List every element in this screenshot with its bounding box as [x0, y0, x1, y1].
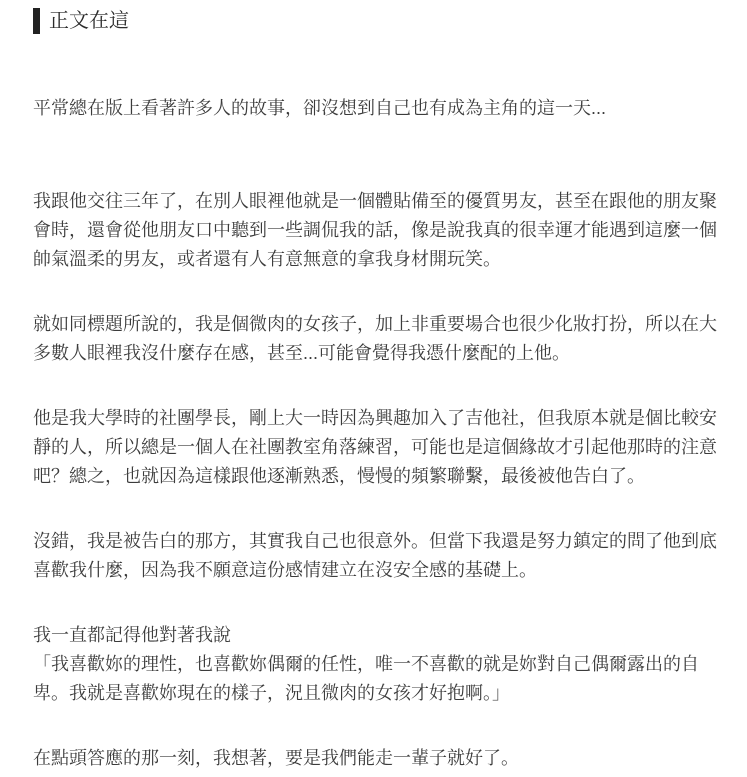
post-paragraph: 他是我大學時的社團學長，剛上大一時因為興趣加入了吉他社，但我原本就是個比較安靜的…: [33, 404, 717, 491]
post-body: 正文在這 平常總在版上看著許多人的故事，卻沒想到自己也有成為主角的這一天... …: [0, 0, 747, 773]
post-paragraph: 我跟他交往三年了，在別人眼裡他就是一個體貼備至的優質男友，甚至在跟他的朋友聚會時…: [33, 187, 717, 274]
post-paragraph: 平常總在版上看著許多人的故事，卻沒想到自己也有成為主角的這一天...: [33, 94, 717, 123]
section-title: 正文在這: [33, 8, 717, 34]
post-paragraph: 就如同標題所說的，我是個微肉的女孩子，加上非重要場合也很少化妝打扮，所以在大多數…: [33, 310, 717, 368]
post-paragraph: 在點頭答應的那一刻，我想著，要是我們能走一輩子就好了。: [33, 744, 717, 773]
post-paragraph: 我一直都記得他對著我說 「我喜歡妳的理性，也喜歡妳偶爾的任性，唯一不喜歡的就是妳…: [33, 621, 717, 708]
post-paragraph: 沒錯，我是被告白的那方，其實我自己也很意外。但當下我還是努力鎮定的問了他到底喜歡…: [33, 527, 717, 585]
